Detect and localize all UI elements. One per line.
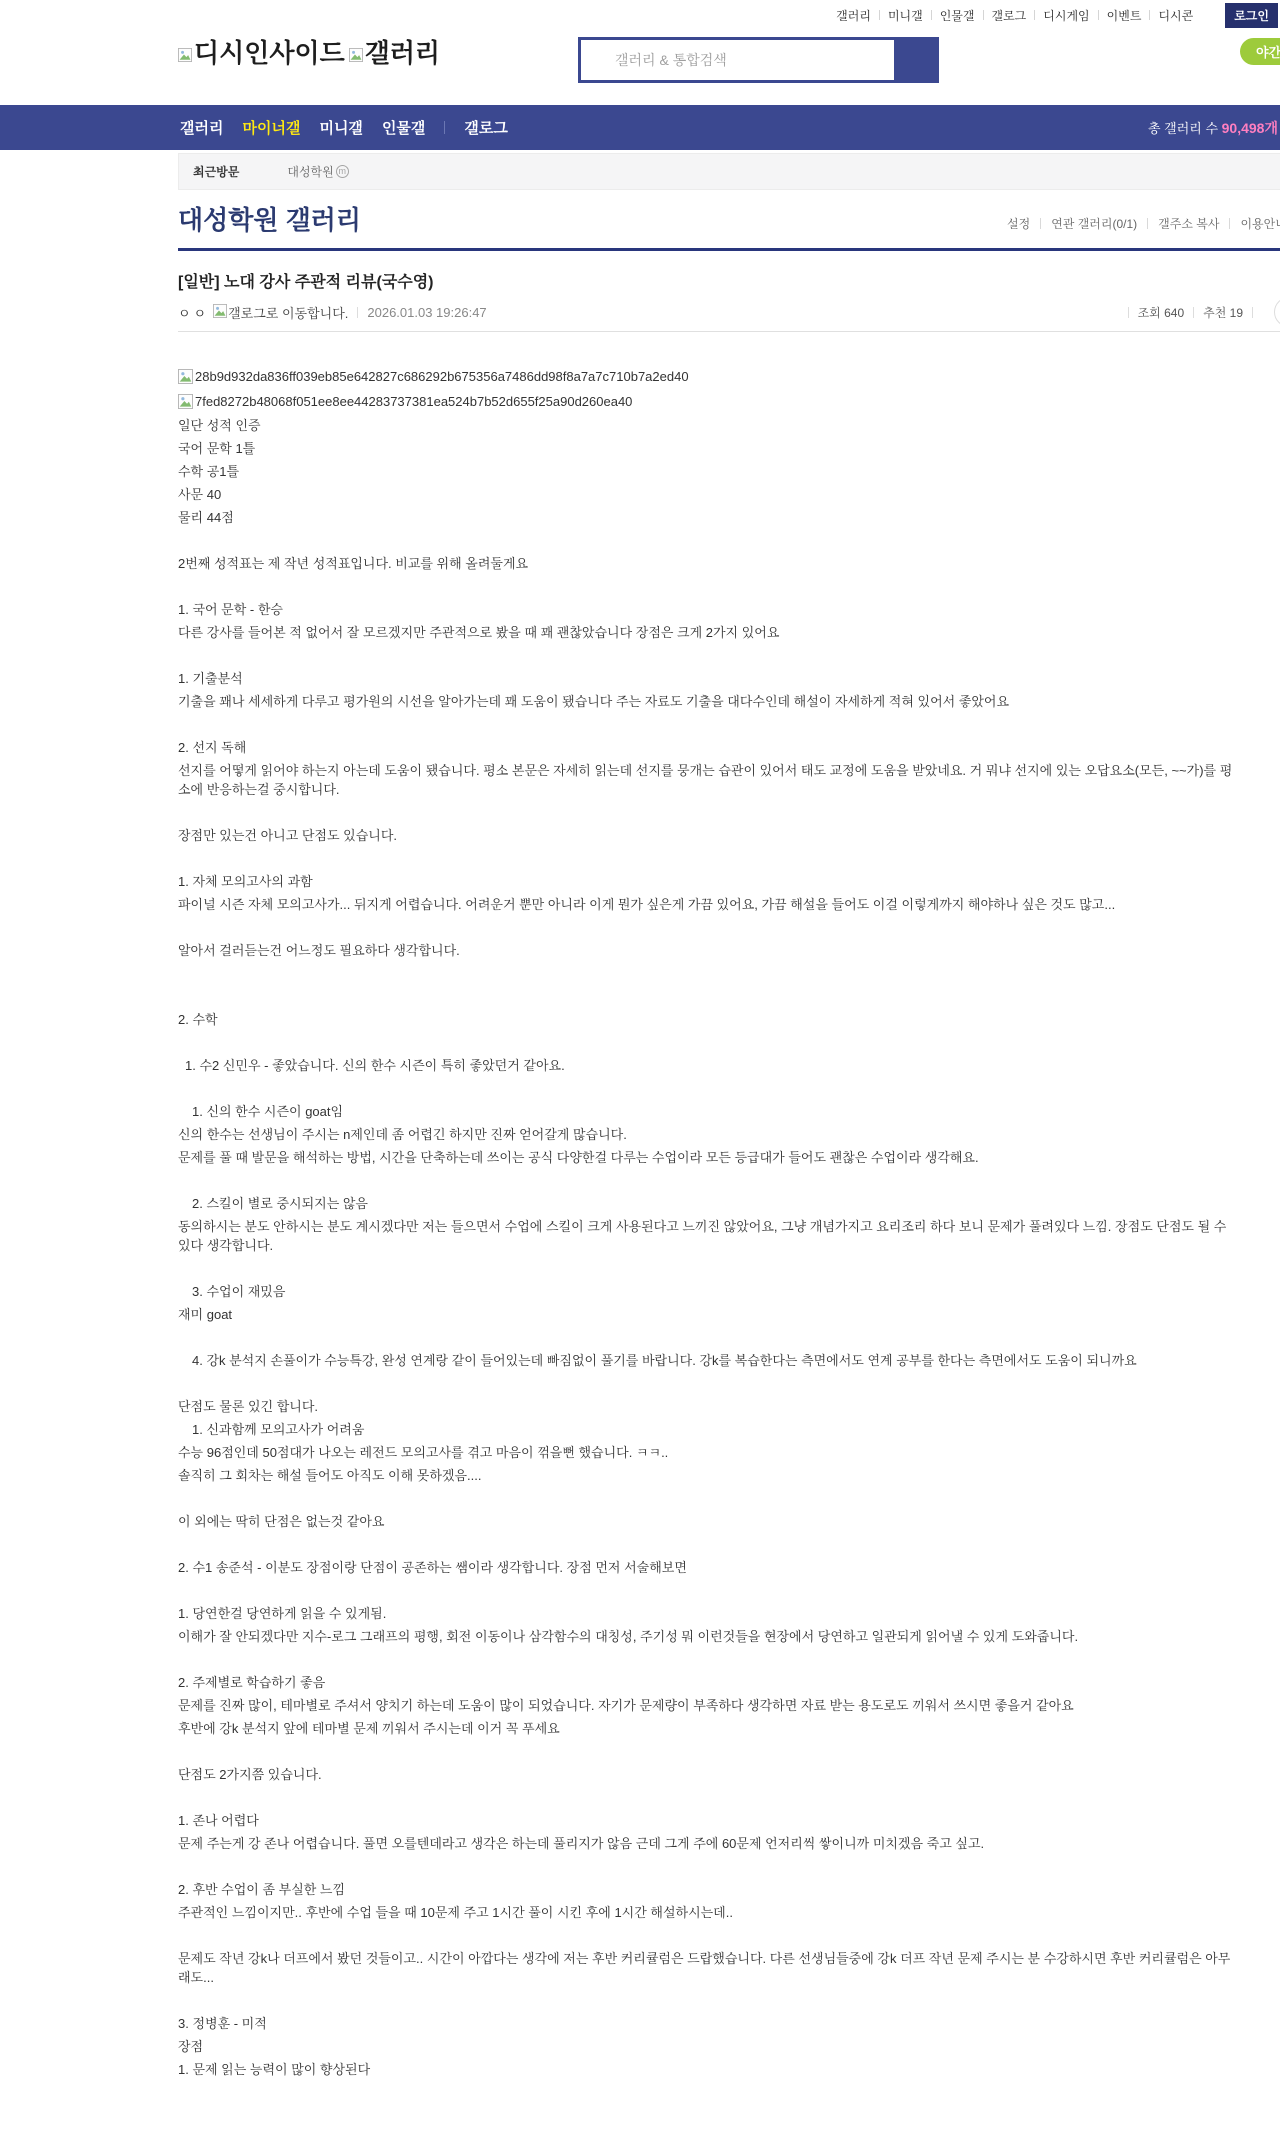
post-line: 신의 한수는 선생님이 주시는 n제인데 좀 어렵긴 하지만 진짜 얻어갈게 많…: [178, 1125, 1240, 1144]
recent-visit-bar: 최근방문 대성학원 m: [178, 153, 1280, 190]
post-line: 2. 스킬이 별로 중시되지는 않음: [178, 1194, 1240, 1213]
post-line: 2. 수1 송준석 - 이분도 장점이랑 단점이 공존하는 쌤이라 생각합니다.…: [178, 1558, 1240, 1577]
gallery-title[interactable]: 대성학원 갤러리: [178, 205, 361, 235]
post-line: 이해가 잘 안되겠다만 지수-로그 그래프의 평행, 회전 이동이나 삼각함수의…: [178, 1627, 1240, 1646]
post-blank-line: [178, 1079, 1240, 1098]
post-line: 2. 선지 독해: [178, 738, 1240, 757]
post-body: 28b9d932da836ff039eb85e642827c686292b675…: [178, 332, 1240, 2079]
post-line: 기출을 꽤나 세세하게 다루고 평가원의 시선을 알아가는데 꽤 도움이 됐습니…: [178, 692, 1240, 711]
gallery-header-links: 설정연관 갤러리(0/1)갤주소 복사이용안내: [1007, 215, 1280, 232]
divider: [1128, 307, 1129, 318]
post-line: 주관적인 느낌이지만.. 후반에 수업 들을 때 10문제 주고 1시간 풀이 …: [178, 1903, 1240, 1922]
post-blank-line: [178, 1650, 1240, 1669]
search-box: [578, 37, 939, 83]
divider: [879, 10, 880, 20]
post-line: 재미 goat: [178, 1305, 1240, 1324]
search-input[interactable]: [581, 40, 894, 80]
broken-image-icon: [178, 38, 194, 68]
post-blank-line: [178, 531, 1240, 550]
post-blank-line: [178, 1328, 1240, 1347]
post-line: 1. 존나 어렵다: [178, 1811, 1240, 1830]
search-button[interactable]: [894, 40, 936, 80]
post-blank-line: [178, 577, 1240, 596]
post-line: 3. 정병훈 - 미적: [178, 2014, 1240, 2033]
post-line: 1. 당연한걸 당연하게 읽을 수 있게됨.: [178, 1604, 1240, 1623]
gallery-header-link[interactable]: 갤주소 복사: [1158, 215, 1219, 232]
gallog-link-text: 갤로그로 이동합니다.: [228, 303, 348, 322]
post-blank-line: [178, 1374, 1240, 1393]
topbar-link[interactable]: 이벤트: [1107, 7, 1142, 24]
post-line: 장점만 있는건 아니고 단점도 있습니다.: [178, 826, 1240, 845]
night-mode-button[interactable]: 야간 모드: [1240, 38, 1280, 65]
broken-image-icon: [178, 394, 193, 409]
post-line: 1. 수2 신민우 - 좋았습니다. 신의 한수 시즌이 특히 좋았던거 같아요…: [178, 1056, 1240, 1075]
post-blank-line: [178, 1033, 1240, 1052]
topbar-link[interactable]: 갤러리: [836, 7, 871, 24]
recent-gallery-name: 대성학원: [287, 163, 333, 180]
post-line: 2. 수학: [178, 1010, 1240, 1029]
divider: [1229, 218, 1230, 229]
gallery-header-link[interactable]: 연관 갤러리(0/1): [1051, 215, 1137, 232]
logo-text-dcinside: 디시인사이드: [194, 38, 345, 68]
post-line: 단점도 2가지쯤 있습니다.: [178, 1765, 1240, 1784]
post-action-circle-button[interactable]: [1274, 297, 1280, 327]
post-line: 수능 96점인데 50점대가 나오는 레전드 모의고사를 겪고 마음이 꺾을뻔 …: [178, 1443, 1240, 1462]
topbar-link[interactable]: 인물갤: [940, 7, 975, 24]
view-count: 조회 640: [1138, 304, 1185, 321]
topbar-link[interactable]: 디시콘: [1158, 7, 1193, 24]
post-line: 단점도 물론 있긴 합니다.: [178, 1397, 1240, 1416]
post-date: 2026.01.03 19:26:47: [367, 305, 486, 320]
post-blank-line: [178, 987, 1240, 1006]
divider: [1098, 10, 1099, 20]
nav-item[interactable]: 갤러리: [180, 117, 223, 138]
post-line: 1. 자체 모의고사의 과함: [178, 872, 1240, 891]
post-blank-line: [178, 849, 1240, 868]
post-line: 1. 기출분석: [178, 669, 1240, 688]
post-line: 1. 문제 읽는 능력이 많이 향상된다: [178, 2060, 1240, 2079]
post-line: 솔직히 그 회차는 해설 들어도 아직도 이해 못하겠음....: [178, 1466, 1240, 1485]
gallery-header-link[interactable]: 설정: [1007, 215, 1030, 232]
post-author[interactable]: ㅇㅇ: [178, 303, 209, 322]
post-line: 사문 40: [178, 485, 1240, 504]
post-line: 1. 국어 문학 - 한승: [178, 600, 1240, 619]
post-line: 2번째 성적표는 제 작년 성적표입니다. 비교를 위해 올려둘게요: [178, 554, 1240, 573]
post-line: 문제 주는게 강 존나 어렵습니다. 풀면 오를텐데라고 생각은 하는데 풀리지…: [178, 1834, 1240, 1853]
logo-text-gallery: 갤러리: [365, 38, 440, 68]
post-line: 선지를 어떻게 읽어야 하는지 아는데 도움이 됐습니다. 평소 본문은 자세히…: [178, 761, 1240, 799]
minor-gallery-badge-icon: m: [336, 165, 349, 178]
site-logo[interactable]: 디시인사이드 갤러리: [178, 38, 440, 68]
post-blank-line: [178, 646, 1240, 665]
divider: [444, 121, 445, 134]
broken-image-line: 7fed8272b48068f051ee8ee44283737381ea524b…: [178, 391, 1240, 412]
post-line: 물리 44점: [178, 508, 1240, 527]
divider: [1147, 218, 1148, 229]
post-line: 장점: [178, 2037, 1240, 2056]
main-nav-items: 갤러리마이너갤미니갤인물갤갤로그: [180, 117, 527, 138]
post-blank-line: [178, 803, 1240, 822]
broken-image-icon: [178, 369, 193, 384]
post-line: 동의하시는 분도 안하시는 분도 계시겠다만 저는 들으면서 수업에 스킬이 크…: [178, 1217, 1240, 1255]
top-utility-bar: 갤러리미니갤인물갤갤로그디시게임이벤트디시콘 로그인: [0, 0, 1280, 30]
post-blank-line: [178, 1991, 1240, 2010]
post-blank-line: [178, 1489, 1240, 1508]
gallery-header-link[interactable]: 이용안내: [1240, 215, 1280, 232]
broken-image-icon: [349, 38, 365, 68]
post-blank-line: [178, 918, 1240, 937]
broken-image-alt-text: 28b9d932da836ff039eb85e642827c686292b675…: [195, 367, 689, 386]
post-blank-line: [178, 964, 1240, 983]
divider: [931, 10, 932, 20]
divider: [983, 10, 984, 20]
broken-image-icon: [213, 304, 227, 318]
topbar-link[interactable]: 디시게임: [1043, 7, 1089, 24]
main-nav: 갤러리마이너갤미니갤인물갤갤로그 총 갤러리 수 90,498개: [0, 105, 1280, 150]
post-blank-line: [178, 1788, 1240, 1807]
gallog-link[interactable]: 갤로그로 이동합니다.: [213, 303, 348, 322]
post-blank-line: [178, 1171, 1240, 1190]
post-line: 국어 문학 1틀: [178, 439, 1240, 458]
post-line: 2. 후반 수업이 좀 부실한 느낌: [178, 1880, 1240, 1899]
divider: [1193, 307, 1194, 318]
nav-item[interactable]: 인물갤: [382, 117, 425, 138]
post-blank-line: [178, 1926, 1240, 1945]
topbar-link[interactable]: 갤로그: [992, 7, 1027, 24]
main-content: 대성학원 갤러리 설정연관 갤러리(0/1)갤주소 복사이용안내 [일반] 노대…: [0, 205, 1280, 2079]
post-blank-line: [178, 1535, 1240, 1554]
recent-gallery-link[interactable]: 대성학원 m: [287, 163, 348, 180]
like-count: 추천 19: [1203, 304, 1243, 321]
post-line: 1. 신과함께 모의고사가 어려움: [178, 1420, 1240, 1439]
broken-image-alt-text: 7fed8272b48068f051ee8ee44283737381ea524b…: [195, 392, 632, 411]
topbar-link[interactable]: 미니갤: [888, 7, 923, 24]
post-blank-line: [178, 1259, 1240, 1278]
post-line: 문제를 진짜 많이, 테마별로 주셔서 양치기 하는데 도움이 많이 되었습니다…: [178, 1696, 1240, 1715]
total-gallery-count: 총 갤러리 수 90,498개: [1148, 118, 1278, 138]
post-meta: 조회 640 추천 19: [1119, 297, 1280, 327]
post-line: 다른 강사를 들어본 적 없어서 잘 모르겠지만 주관적으로 봤을 때 꽤 괜찮…: [178, 623, 1240, 642]
post-blank-line: [178, 1742, 1240, 1761]
post-title: [일반] 노대 강사 주관적 리뷰(국수영): [178, 273, 1280, 292]
top-utility-links: 갤러리미니갤인물갤갤로그디시게임이벤트디시콘: [836, 7, 1193, 24]
login-button[interactable]: 로그인: [1225, 3, 1278, 28]
total-gallery-count-number: 90,498개: [1222, 120, 1278, 136]
post-line: 파이널 시즌 자체 모의고사가... 뒤지게 어렵습니다. 어려운거 뿐만 아니…: [178, 895, 1240, 914]
post-line: 4. 강k 분석지 손풀이가 수능특강, 완성 연계랑 같이 들어있는데 빠짐없…: [178, 1351, 1240, 1370]
nav-item[interactable]: 미니갤: [319, 117, 362, 138]
post-blank-line: [178, 715, 1240, 734]
divider: [357, 307, 358, 318]
post-line: 2. 주제별로 학습하기 좋음: [178, 1673, 1240, 1692]
broken-image-icon: [213, 304, 228, 321]
divider: [1149, 10, 1150, 20]
post-line: 1. 신의 한수 시즌이 goat임: [178, 1102, 1240, 1121]
post-blank-line: [178, 1581, 1240, 1600]
gallery-header: 대성학원 갤러리 설정연관 갤러리(0/1)갤주소 복사이용안내: [178, 205, 1280, 251]
broken-image-icon: [178, 48, 192, 62]
post-line: 수학 공1틀: [178, 462, 1240, 481]
post-blank-line: [178, 1857, 1240, 1876]
post-line: 후반에 강k 분석지 앞에 테마별 문제 끼워서 주시는데 이거 꼭 푸세요: [178, 1719, 1240, 1738]
post-line: 알아서 걸러듣는건 어느정도 필요하다 생각합니다.: [178, 941, 1240, 960]
post-line: 문제도 작년 강k나 더프에서 봤던 것들이고.. 시간이 아깝다는 생각에 저…: [178, 1949, 1240, 1987]
post-line: 일단 성적 인증: [178, 416, 1240, 435]
post-header: [일반] 노대 강사 주관적 리뷰(국수영) ㅇㅇ 갤로그로 이동합니다. 20…: [178, 273, 1280, 323]
post-line: 3. 수업이 재밌음: [178, 1282, 1240, 1301]
divider: [1252, 307, 1253, 318]
nav-item[interactable]: 갤로그: [464, 117, 507, 138]
nav-item[interactable]: 마이너갤: [242, 117, 300, 138]
divider: [1034, 10, 1035, 20]
recent-visit-label: 최근방문: [193, 163, 239, 180]
divider: [1040, 218, 1041, 229]
header-row: 디시인사이드 갤러리 야간 모드: [0, 30, 1280, 105]
post-line: 문제를 풀 때 발문을 해석하는 방법, 시간을 단축하는데 쓰이는 공식 다양…: [178, 1148, 1240, 1167]
post-line: 이 외에는 딱히 단점은 없는것 같아요: [178, 1512, 1240, 1531]
broken-image-line: 28b9d932da836ff039eb85e642827c686292b675…: [178, 366, 1240, 387]
broken-image-icon: [349, 48, 363, 62]
post-info-row: ㅇㅇ 갤로그로 이동합니다. 2026.01.03 19:26:47 조회 64…: [178, 301, 1280, 323]
